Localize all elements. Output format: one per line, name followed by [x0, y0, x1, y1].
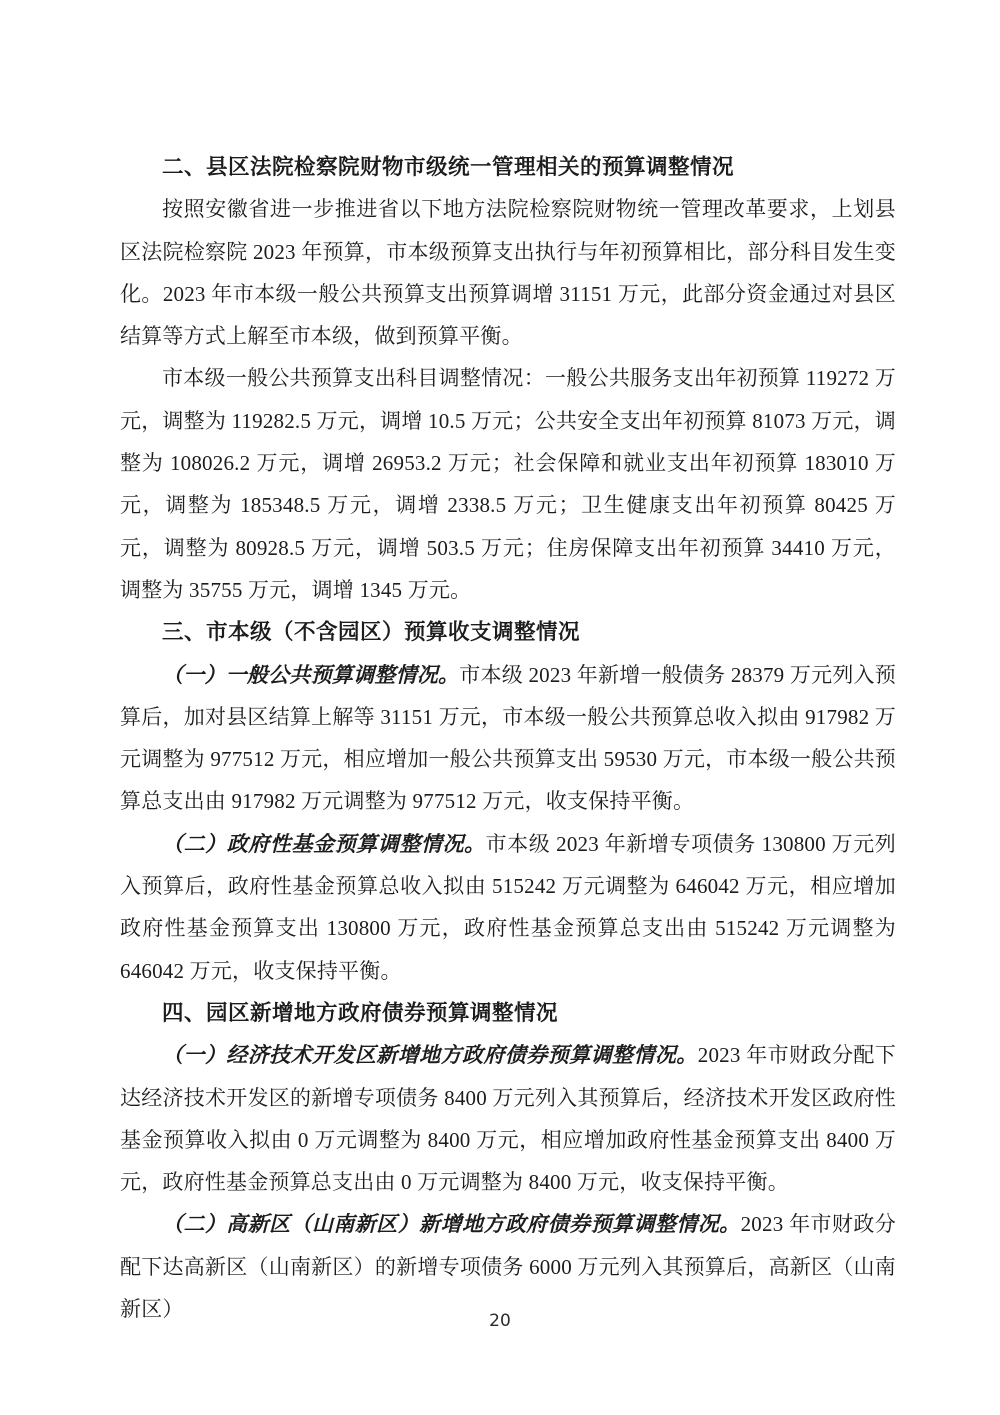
section-heading-2: 二、县区法院检察院财物市级统一管理相关的预算调整情况 — [120, 146, 896, 188]
paragraph-lead: （一）经济技术开发区新增地方政府债券预算调整情况。 — [162, 1043, 698, 1067]
document-body: 二、县区法院检察院财物市级统一管理相关的预算调整情况 按照安徽省进一步推进省以下… — [120, 146, 896, 1330]
paragraph-text: 按照安徽省进一步推进省以下地方法院检察院财物统一管理改革要求，上划县区法院检察院… — [120, 197, 896, 348]
paragraph: （二）政府性基金预算调整情况。市本级 2023 年新增专项债务 130800 万… — [120, 823, 896, 992]
page-number: 20 — [0, 1311, 1000, 1331]
document-page: 二、县区法院检察院财物市级统一管理相关的预算调整情况 按照安徽省进一步推进省以下… — [0, 0, 1000, 1415]
paragraph: （一）经济技术开发区新增地方政府债券预算调整情况。2023 年市财政分配下达经济… — [120, 1034, 896, 1203]
paragraph: 按照安徽省进一步推进省以下地方法院检察院财物统一管理改革要求，上划县区法院检察院… — [120, 188, 896, 357]
paragraph: 市本级一般公共预算支出科目调整情况：一般公共服务支出年初预算 119272 万元… — [120, 357, 896, 611]
paragraph-text: 市本级一般公共预算支出科目调整情况：一般公共服务支出年初预算 119272 万元… — [120, 366, 896, 601]
paragraph-lead: （二）高新区（山南新区）新增地方政府债券预算调整情况。 — [162, 1212, 741, 1236]
section-heading-4: 四、园区新增地方政府债券预算调整情况 — [120, 992, 896, 1034]
paragraph: （一）一般公共预算调整情况。市本级 2023 年新增一般债务 28379 万元列… — [120, 654, 896, 823]
paragraph-lead: （二）政府性基金预算调整情况。 — [162, 832, 486, 856]
paragraph-lead: （一）一般公共预算调整情况。 — [162, 663, 459, 687]
section-heading-3: 三、市本级（不含园区）预算收支调整情况 — [120, 611, 896, 653]
